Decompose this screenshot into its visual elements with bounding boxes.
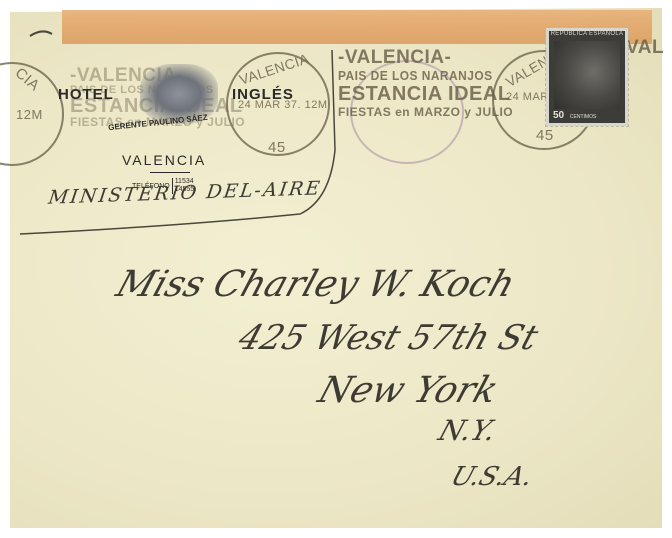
address-line-2: 425 West 57th St bbox=[234, 318, 544, 358]
address-line-4: N.Y. bbox=[435, 414, 501, 447]
address-line-1: Miss Charley W. Koch bbox=[111, 264, 520, 305]
address-line-3: New York bbox=[313, 370, 503, 411]
address-line-5: U.S.A. bbox=[447, 462, 537, 492]
